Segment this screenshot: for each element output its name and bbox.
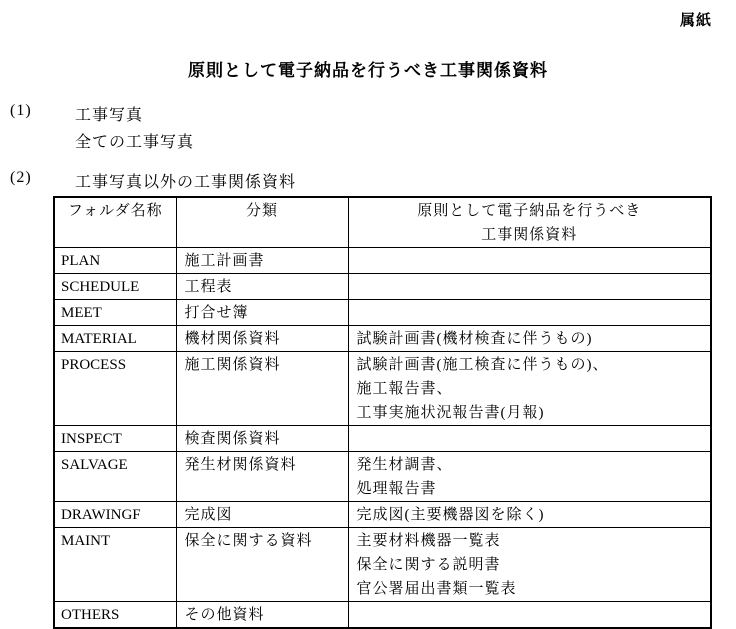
document-line: 試験計画書(機材検査に伴うもの): [357, 327, 703, 351]
table-header: フォルダ名称 分類 原則として電子納品を行うべき 工事関係資料: [54, 197, 711, 248]
document-line: 官公署届出書類一覧表: [357, 577, 703, 601]
section-1-heading: 工事写真: [75, 102, 143, 125]
section-1: (1) 工事写真 全ての工事写真: [10, 102, 194, 152]
category-cell: その他資料: [176, 602, 348, 629]
documents-cell: [348, 300, 711, 326]
section-2-number: (2): [10, 169, 75, 192]
documents-cell: [348, 426, 711, 452]
folder-name-cell: OTHERS: [54, 602, 176, 629]
category-cell: 工程表: [176, 274, 348, 300]
table-row: INSPECT検査関係資料: [54, 426, 711, 452]
document-line: 完成図(主要機器図を除く): [357, 503, 703, 527]
folder-name-cell: SCHEDULE: [54, 274, 176, 300]
category-cell: 発生材関係資料: [176, 452, 348, 502]
documents-header: 原則として電子納品を行うべき 工事関係資料: [348, 197, 711, 248]
document-line: 試験計画書(施工検査に伴うもの)、: [357, 353, 703, 377]
table-row: SCHEDULE工程表: [54, 274, 711, 300]
documents-cell: [348, 274, 711, 300]
corner-label: 属紙: [680, 9, 712, 30]
page-title: 原則として電子納品を行うべき工事関係資料: [0, 56, 736, 81]
document-line: 保全に関する説明書: [357, 553, 703, 577]
documents-table: フォルダ名称 分類 原則として電子納品を行うべき 工事関係資料 PLAN施工計画…: [53, 196, 712, 629]
documents-cell: [348, 248, 711, 274]
documents-header-line-2: 工事関係資料: [357, 223, 703, 247]
documents-cell: 発生材調書、処理報告書: [348, 452, 711, 502]
table-row: MEET打合せ簿: [54, 300, 711, 326]
section-1-body: 全ての工事写真: [75, 129, 194, 152]
category-cell: 検査関係資料: [176, 426, 348, 452]
category-cell: 施工計画書: [176, 248, 348, 274]
section-2: (2) 工事写真以外の工事関係資料: [10, 169, 296, 192]
section-1-number: (1): [10, 102, 75, 125]
section-2-heading-row: (2) 工事写真以外の工事関係資料: [10, 169, 296, 192]
category-cell: 打合せ簿: [176, 300, 348, 326]
documents-cell: [348, 602, 711, 629]
category-cell: 機材関係資料: [176, 326, 348, 352]
document-line: 発生材調書、: [357, 453, 703, 477]
document-line: 処理報告書: [357, 477, 703, 501]
document-line: 工事実施状況報告書(月報): [357, 401, 703, 425]
category-cell: 保全に関する資料: [176, 528, 348, 602]
documents-cell: 主要材料機器一覧表保全に関する説明書官公署届出書類一覧表: [348, 528, 711, 602]
table-row: SALVAGE発生材関係資料発生材調書、処理報告書: [54, 452, 711, 502]
table-row: OTHERSその他資料: [54, 602, 711, 629]
documents-cell: 試験計画書(機材検査に伴うもの): [348, 326, 711, 352]
section-1-heading-row: (1) 工事写真: [10, 102, 194, 125]
category-cell: 完成図: [176, 502, 348, 528]
table-row: PROCESS施工関係資料試験計画書(施工検査に伴うもの)、施工報告書、工事実施…: [54, 352, 711, 426]
folder-name-cell: INSPECT: [54, 426, 176, 452]
section-2-heading: 工事写真以外の工事関係資料: [75, 169, 296, 192]
document-line: 施工報告書、: [357, 377, 703, 401]
folder-name-cell: MEET: [54, 300, 176, 326]
documents-header-line-1: 原則として電子納品を行うべき: [357, 199, 703, 223]
table-row: PLAN施工計画書: [54, 248, 711, 274]
folder-name-cell: SALVAGE: [54, 452, 176, 502]
table-row: DRAWINGF完成図完成図(主要機器図を除く): [54, 502, 711, 528]
folder-name-cell: MATERIAL: [54, 326, 176, 352]
table-body: PLAN施工計画書SCHEDULE工程表MEET打合せ簿MATERIAL機材関係…: [54, 248, 711, 629]
table-header-row: フォルダ名称 分類 原則として電子納品を行うべき 工事関係資料: [54, 197, 711, 248]
folder-name-cell: PLAN: [54, 248, 176, 274]
category-cell: 施工関係資料: [176, 352, 348, 426]
folder-name-cell: PROCESS: [54, 352, 176, 426]
table-row: MATERIAL機材関係資料試験計画書(機材検査に伴うもの): [54, 326, 711, 352]
document-line: 主要材料機器一覧表: [357, 529, 703, 553]
category-header: 分類: [176, 197, 348, 248]
table-row: MAINT保全に関する資料主要材料機器一覧表保全に関する説明書官公署届出書類一覧…: [54, 528, 711, 602]
folder-name-cell: MAINT: [54, 528, 176, 602]
documents-cell: 完成図(主要機器図を除く): [348, 502, 711, 528]
documents-cell: 試験計画書(施工検査に伴うもの)、施工報告書、工事実施状況報告書(月報): [348, 352, 711, 426]
folder-name-cell: DRAWINGF: [54, 502, 176, 528]
folder-name-header: フォルダ名称: [54, 197, 176, 248]
